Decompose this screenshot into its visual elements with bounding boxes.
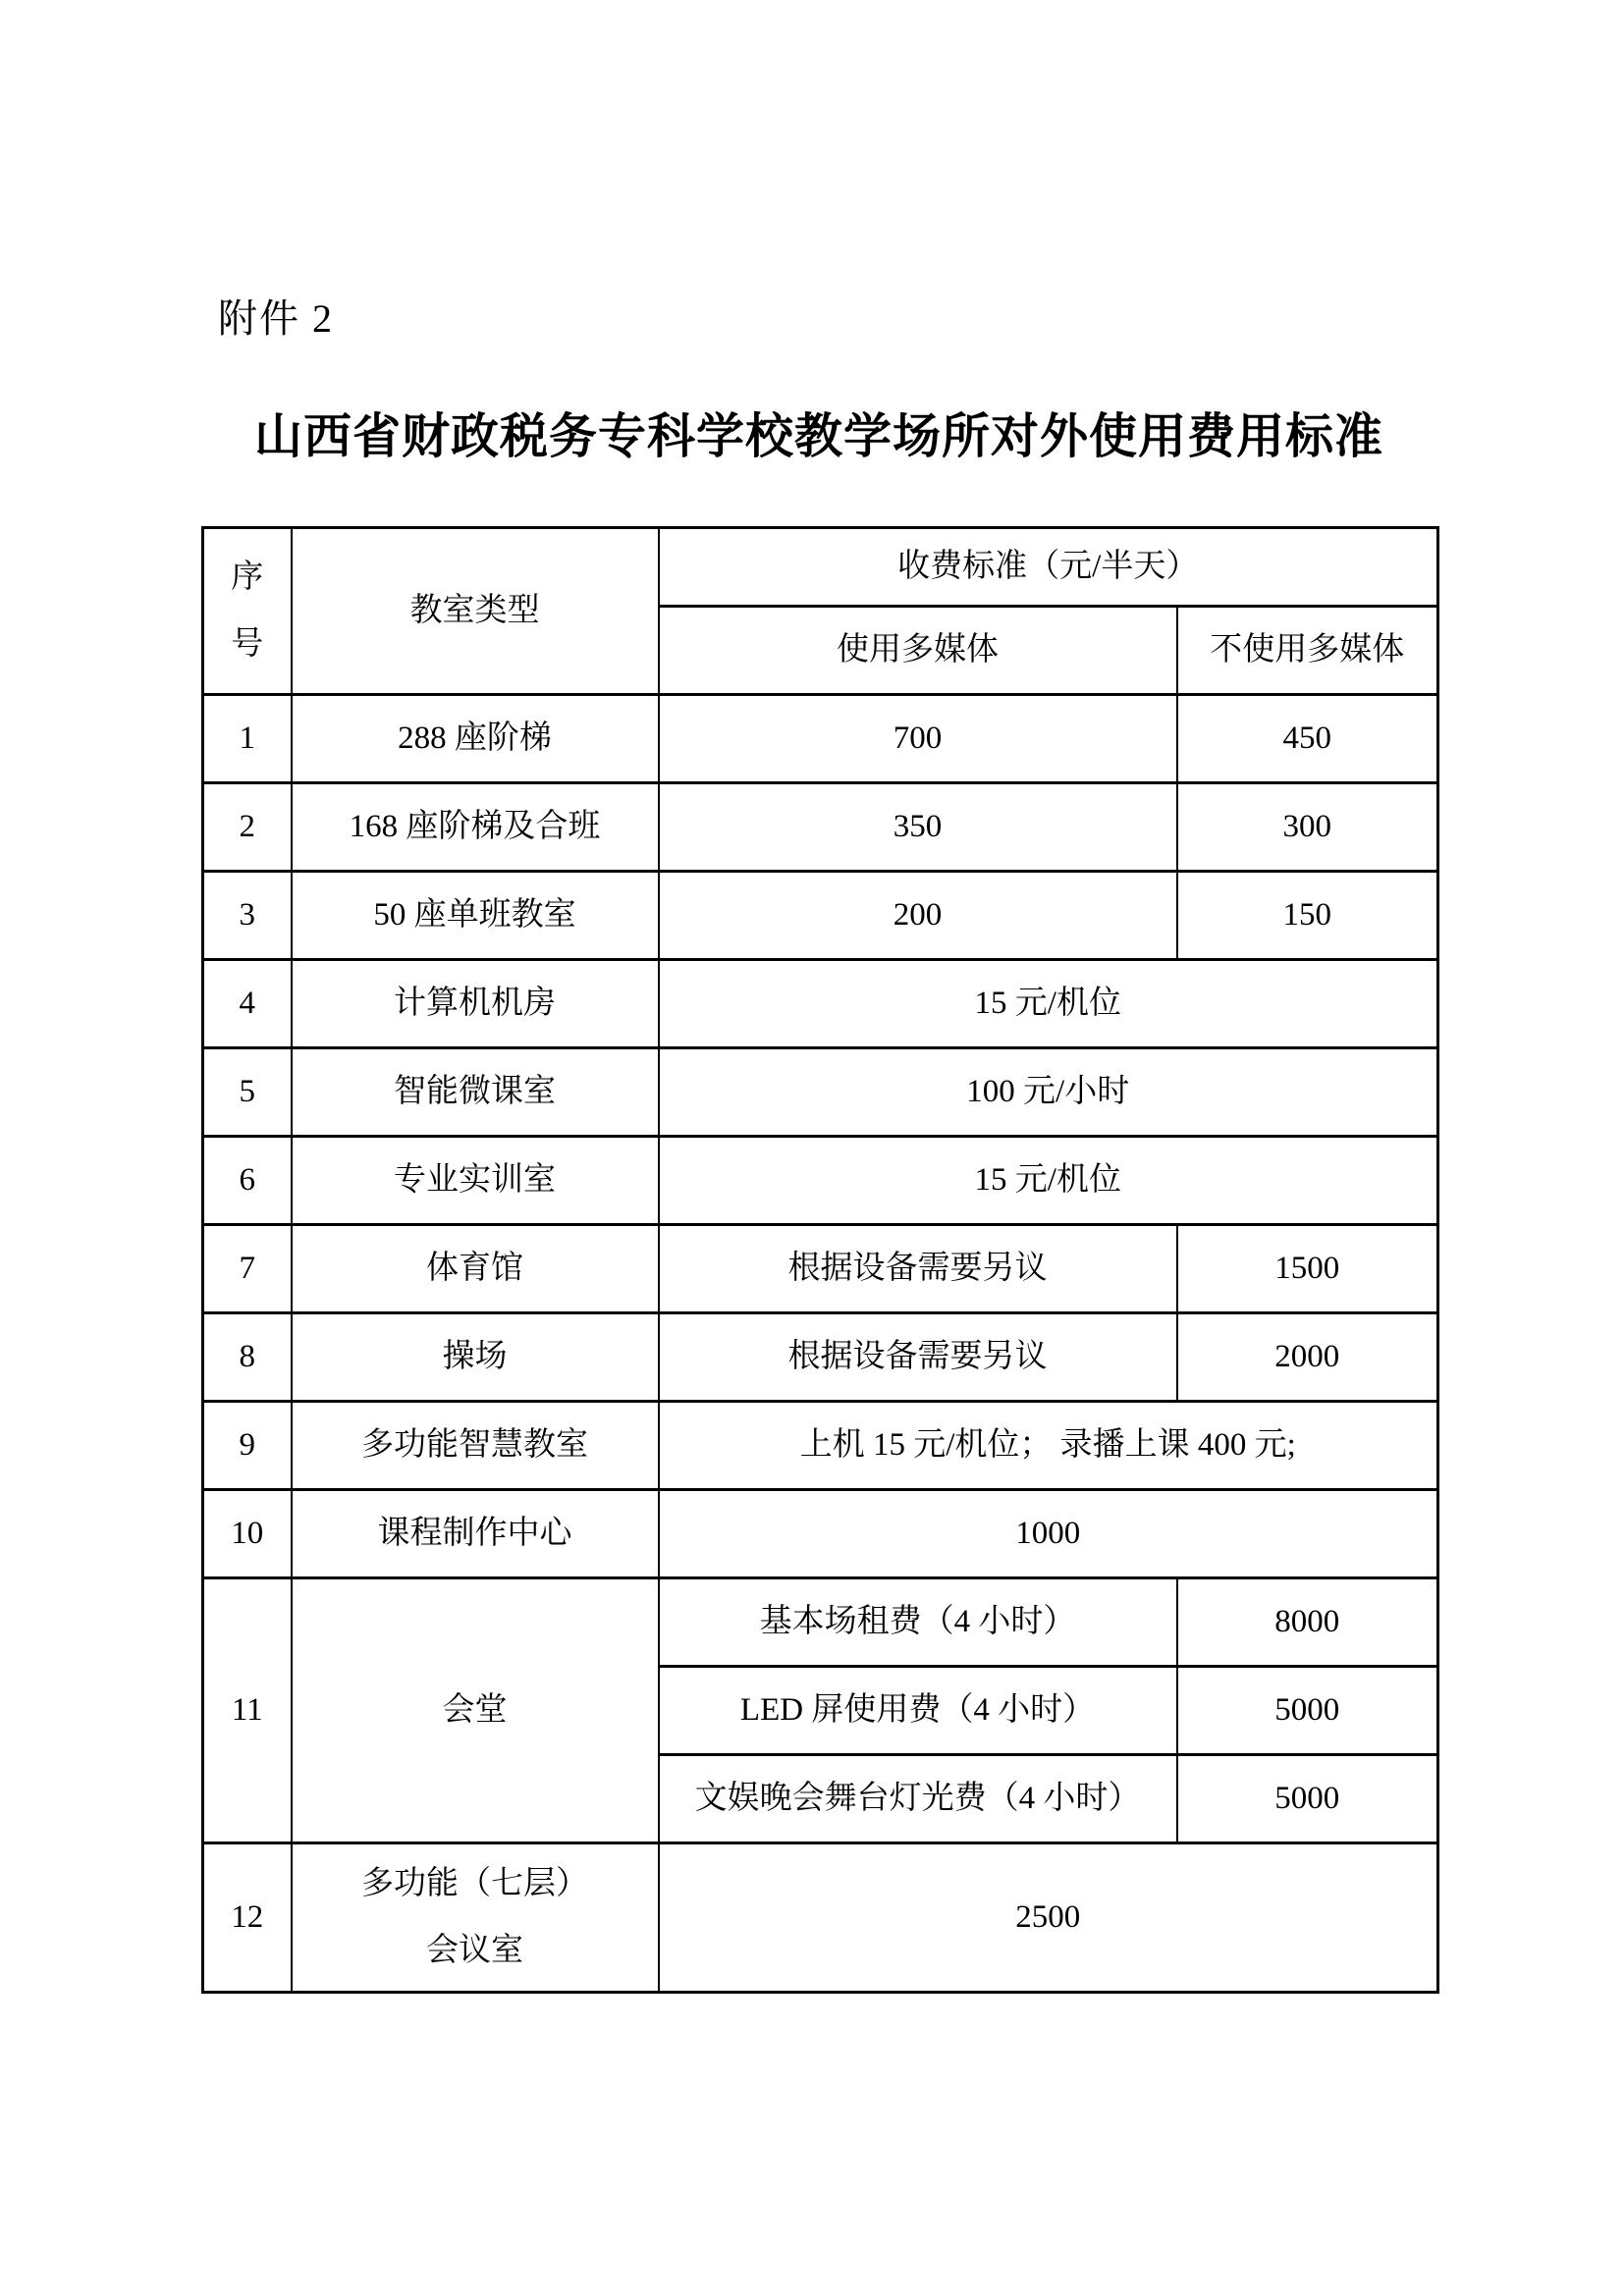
fee-without-media-cell: 150 [1177,872,1438,960]
serial-cell: 4 [203,960,292,1048]
fee-without-media-cell: 2000 [1177,1313,1438,1402]
header-with-media-cell: 使用多媒体 [659,607,1177,695]
room-type-cell: 智能微课室 [292,1048,659,1137]
header-room-type-cell: 教室类型 [292,528,659,695]
room-type-line2: 会议室 [426,1931,523,1971]
serial-header-stack: 序 号 [204,531,291,692]
fee-without-media-cell: 5000 [1177,1667,1438,1755]
table-row: 7 体育馆 根据设备需要另议 1500 [203,1225,1438,1313]
table-row: 1 288 座阶梯 700 450 [203,695,1438,783]
serial-cell: 3 [203,872,292,960]
header-row-1: 序 号 教室类型 收费标准（元/半天） [203,528,1438,607]
room-type-cell: 计算机机房 [292,960,659,1048]
table-row: 9 多功能智慧教室 上机 15 元/机位； 录播上课 400 元; [203,1402,1438,1490]
header-fee-group-cell: 收费标准（元/半天） [659,528,1438,607]
room-type-cell: 操场 [292,1313,659,1402]
header-serial-cell: 序 号 [203,528,292,695]
serial-cell: 7 [203,1225,292,1313]
attachment-label: 附件 2 [218,288,334,344]
fee-merged-cell: 15 元/机位 [659,1137,1438,1225]
serial-cell: 10 [203,1490,292,1578]
fee-merged-cell: 100 元/小时 [659,1048,1438,1137]
serial-cell: 11 [203,1578,292,1843]
fee-without-media-cell: 450 [1177,695,1438,783]
fee-item-cell: LED 屏使用费（4 小时） [659,1667,1177,1755]
serial-cell: 8 [203,1313,292,1402]
fee-with-media-cell: 700 [659,695,1177,783]
table-row: 6 专业实训室 15 元/机位 [203,1137,1438,1225]
table-row: 5 智能微课室 100 元/小时 [203,1048,1438,1137]
fee-without-media-cell: 5000 [1177,1755,1438,1843]
table-row: 2 168 座阶梯及合班 350 300 [203,783,1438,872]
document-page: 附件 2 山西省财政税务专科学校教学场所对外使用费用标准 序 号 教室类型 收费… [0,0,1624,2296]
serial-cell: 2 [203,783,292,872]
table-row: 12 多功能（七层） 会议室 2500 [203,1843,1438,1993]
serial-cell: 1 [203,695,292,783]
serial-cell: 5 [203,1048,292,1137]
fee-with-media-cell: 200 [659,872,1177,960]
room-type-cell: 课程制作中心 [292,1490,659,1578]
serial-cell: 12 [203,1843,292,1993]
fee-item-cell: 基本场租费（4 小时） [659,1578,1177,1667]
page-title: 山西省财政税务专科学校教学场所对外使用费用标准 [201,399,1436,467]
fee-merged-cell: 1000 [659,1490,1438,1578]
room-type-cell: 168 座阶梯及合班 [292,783,659,872]
room-type-cell: 会堂 [292,1578,659,1843]
fee-without-media-cell: 300 [1177,783,1438,872]
header-without-media-cell: 不使用多媒体 [1177,607,1438,695]
table-row: 3 50 座单班教室 200 150 [203,872,1438,960]
serial-header-line2: 号 [231,624,263,665]
fee-with-media-cell: 根据设备需要另议 [659,1313,1177,1402]
table-row: 4 计算机机房 15 元/机位 [203,960,1438,1048]
fee-without-media-cell: 1500 [1177,1225,1438,1313]
fee-merged-cell: 上机 15 元/机位； 录播上课 400 元; [659,1402,1438,1490]
fee-merged-cell: 15 元/机位 [659,960,1438,1048]
fee-item-cell: 文娱晚会舞台灯光费（4 小时） [659,1755,1177,1843]
serial-cell: 9 [203,1402,292,1490]
fee-merged-cell: 2500 [659,1843,1438,1993]
room-type-cell: 多功能（七层） 会议室 [292,1843,659,1993]
table-row: 11 会堂 基本场租费（4 小时） 8000 [203,1578,1438,1667]
fee-with-media-cell: 根据设备需要另议 [659,1225,1177,1313]
table-row: 10 课程制作中心 1000 [203,1490,1438,1578]
room-type-two-lines: 多功能（七层） 会议室 [293,1846,658,1990]
room-type-cell: 多功能智慧教室 [292,1402,659,1490]
fee-without-media-cell: 8000 [1177,1578,1438,1667]
room-type-cell: 专业实训室 [292,1137,659,1225]
serial-cell: 6 [203,1137,292,1225]
room-type-cell: 50 座单班教室 [292,872,659,960]
fee-table: 序 号 教室类型 收费标准（元/半天） 使用多媒体 不使用多媒体 1 288 座… [201,526,1439,1994]
table-row: 8 操场 根据设备需要另议 2000 [203,1313,1438,1402]
room-type-cell: 体育馆 [292,1225,659,1313]
room-type-line1: 多功能（七层） [361,1864,588,1904]
fee-with-media-cell: 350 [659,783,1177,872]
room-type-cell: 288 座阶梯 [292,695,659,783]
serial-header-line1: 序 [231,558,263,598]
